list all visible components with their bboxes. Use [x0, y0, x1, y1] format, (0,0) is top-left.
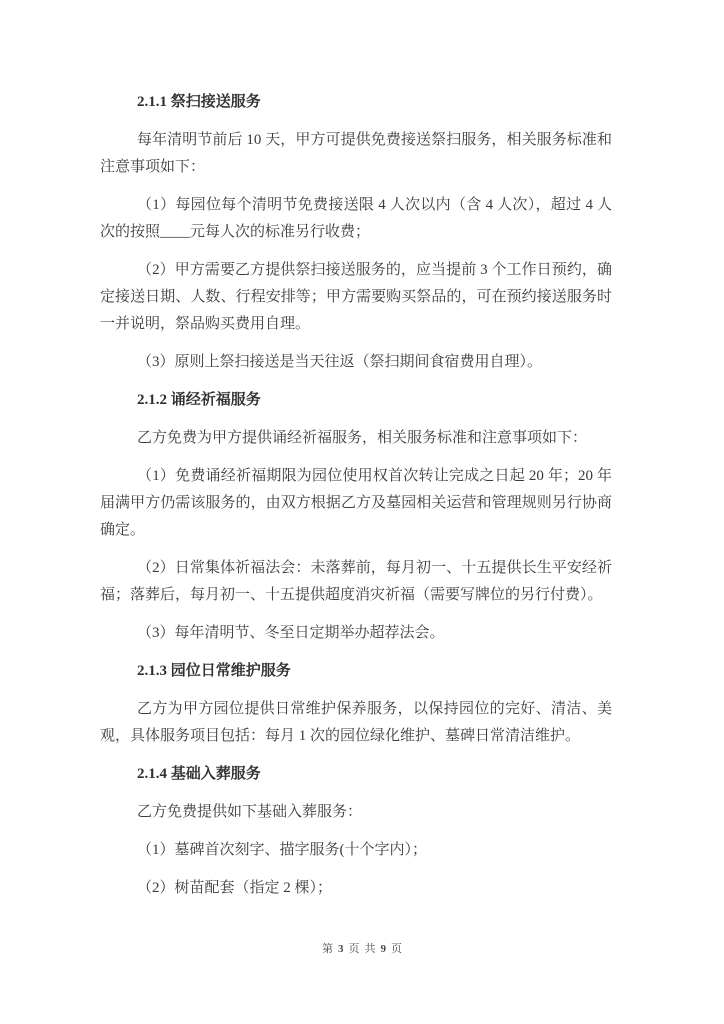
paragraph-2-1-1-item-1: （1）每园位每个清明节免费接送限 4 人次以内（含 4 人次），超过 4 人次的…: [100, 192, 612, 246]
section-heading-2-1-1: 2.1.1 祭扫接送服务: [100, 89, 612, 116]
document-page: 2.1.1 祭扫接送服务 每年清明节前后 10 天，甲方可提供免费接送祭扫服务，…: [0, 0, 724, 1024]
document-content: 2.1.1 祭扫接送服务 每年清明节前后 10 天，甲方可提供免费接送祭扫服务，…: [100, 89, 612, 913]
footer-label-ye-2: 页: [391, 943, 402, 955]
footer-label-di: 第: [322, 943, 333, 955]
page-footer: 第3页共9页: [0, 941, 724, 957]
paragraph-2-1-4-item-1: （1）墓碑首次刻字、描字服务(十个字内）；: [100, 837, 612, 864]
footer-current-page-number: 3: [338, 943, 344, 955]
paragraph-2-1-4-intro: 乙方免费提供如下基础入葬服务：: [100, 799, 612, 826]
paragraph-2-1-4-item-2: （2）树苗配套（指定 2 棵）；: [100, 875, 612, 902]
paragraph-2-1-1-item-2: （2）甲方需要乙方提供祭扫接送服务的，应当提前 3 个工作日预约，确定接送日期、…: [100, 257, 612, 338]
paragraph-2-1-2-item-2: （2）日常集体祈福法会：未落葬前，每月初一、十五提供长生平安经祈福；落葬后，每月…: [100, 555, 612, 609]
footer-label-gong: 共: [365, 943, 376, 955]
section-heading-2-1-4: 2.1.4 基础入葬服务: [100, 761, 612, 788]
paragraph-2-1-3-body: 乙方为甲方园位提供日常维护保养服务，以保持园位的完好、清洁、美观，具体服务项目包…: [100, 696, 612, 750]
footer-total-pages-number: 9: [381, 943, 387, 955]
paragraph-2-1-2-item-1: （1）免费诵经祈福期限为园位使用权首次转让完成之日起 20 年；20 年届满甲方…: [100, 463, 612, 544]
section-heading-2-1-2: 2.1.2 诵经祈福服务: [100, 387, 612, 414]
paragraph-2-1-2-intro: 乙方免费为甲方提供诵经祈福服务，相关服务标准和注意事项如下：: [100, 425, 612, 452]
footer-label-ye-1: 页: [349, 943, 360, 955]
paragraph-2-1-1-intro: 每年清明节前后 10 天，甲方可提供免费接送祭扫服务，相关服务标准和注意事项如下…: [100, 127, 612, 181]
paragraph-2-1-1-item-3: （3）原则上祭扫接送是当天往返（祭扫期间食宿费用自理）。: [100, 349, 612, 376]
section-heading-2-1-3: 2.1.3 园位日常维护服务: [100, 658, 612, 685]
paragraph-2-1-2-item-3: （3）每年清明节、冬至日定期举办超荐法会。: [100, 620, 612, 647]
